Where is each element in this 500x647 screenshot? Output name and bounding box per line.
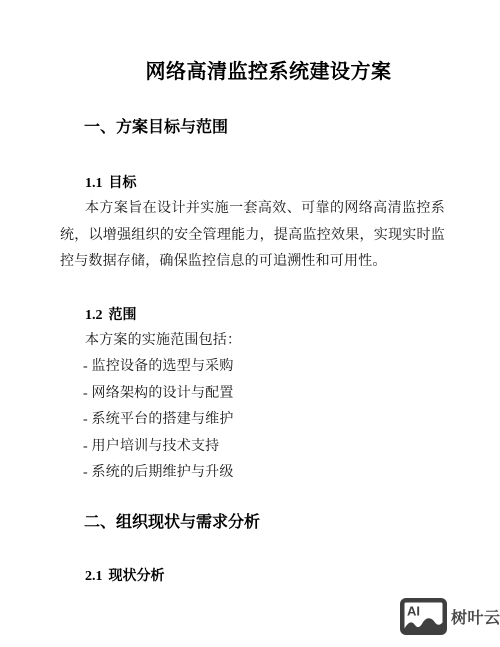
watermark-brand-text: 树叶云 <box>451 605 500 628</box>
list-item: - 系统的后期维护与升级 <box>60 460 445 487</box>
subsection-label: 目标 <box>109 174 137 190</box>
list-item: - 监控设备的选型与采购 <box>60 354 445 381</box>
subsection-number: 2.1 <box>85 569 103 584</box>
scope-intro-paragraph: 本方案的实施范围包括： <box>60 328 445 355</box>
document-title: 网络高清监控系统建设方案 <box>60 0 445 86</box>
list-item: - 网络架构的设计与配置 <box>60 381 445 408</box>
subsection-number: 1.1 <box>85 176 103 191</box>
svg-text:AI: AI <box>407 604 420 619</box>
scope-list: - 监控设备的选型与采购 - 网络架构的设计与配置 - 系统平台的搭建与维护 -… <box>60 354 445 487</box>
subsection-number: 1.2 <box>85 308 103 323</box>
document-page: 网络高清监控系统建设方案 一、方案目标与范围 1.1目标 本方案旨在设计并实施一… <box>0 0 500 647</box>
subsection-heading-1-1: 1.1目标 <box>60 172 445 194</box>
section-heading-2: 二、组织现状与需求分析 <box>60 512 445 534</box>
subsection-heading-1-2: 1.2范围 <box>60 304 445 326</box>
section-heading-1: 一、方案目标与范围 <box>60 117 445 139</box>
goal-paragraph: 本方案旨在设计并实施一套高效、可靠的网络高清监控系统，以增强组织的安全管理能力，… <box>60 196 445 276</box>
subsection-heading-2-1: 2.1现状分析 <box>60 565 445 587</box>
list-item: - 系统平台的搭建与维护 <box>60 407 445 434</box>
ai-image-logo-icon: AI <box>400 598 447 635</box>
subsection-label: 范围 <box>109 306 137 322</box>
list-item: - 用户培训与技术支持 <box>60 434 445 461</box>
subsection-label: 现状分析 <box>109 567 165 583</box>
watermark: AI 树叶云 <box>400 598 500 635</box>
